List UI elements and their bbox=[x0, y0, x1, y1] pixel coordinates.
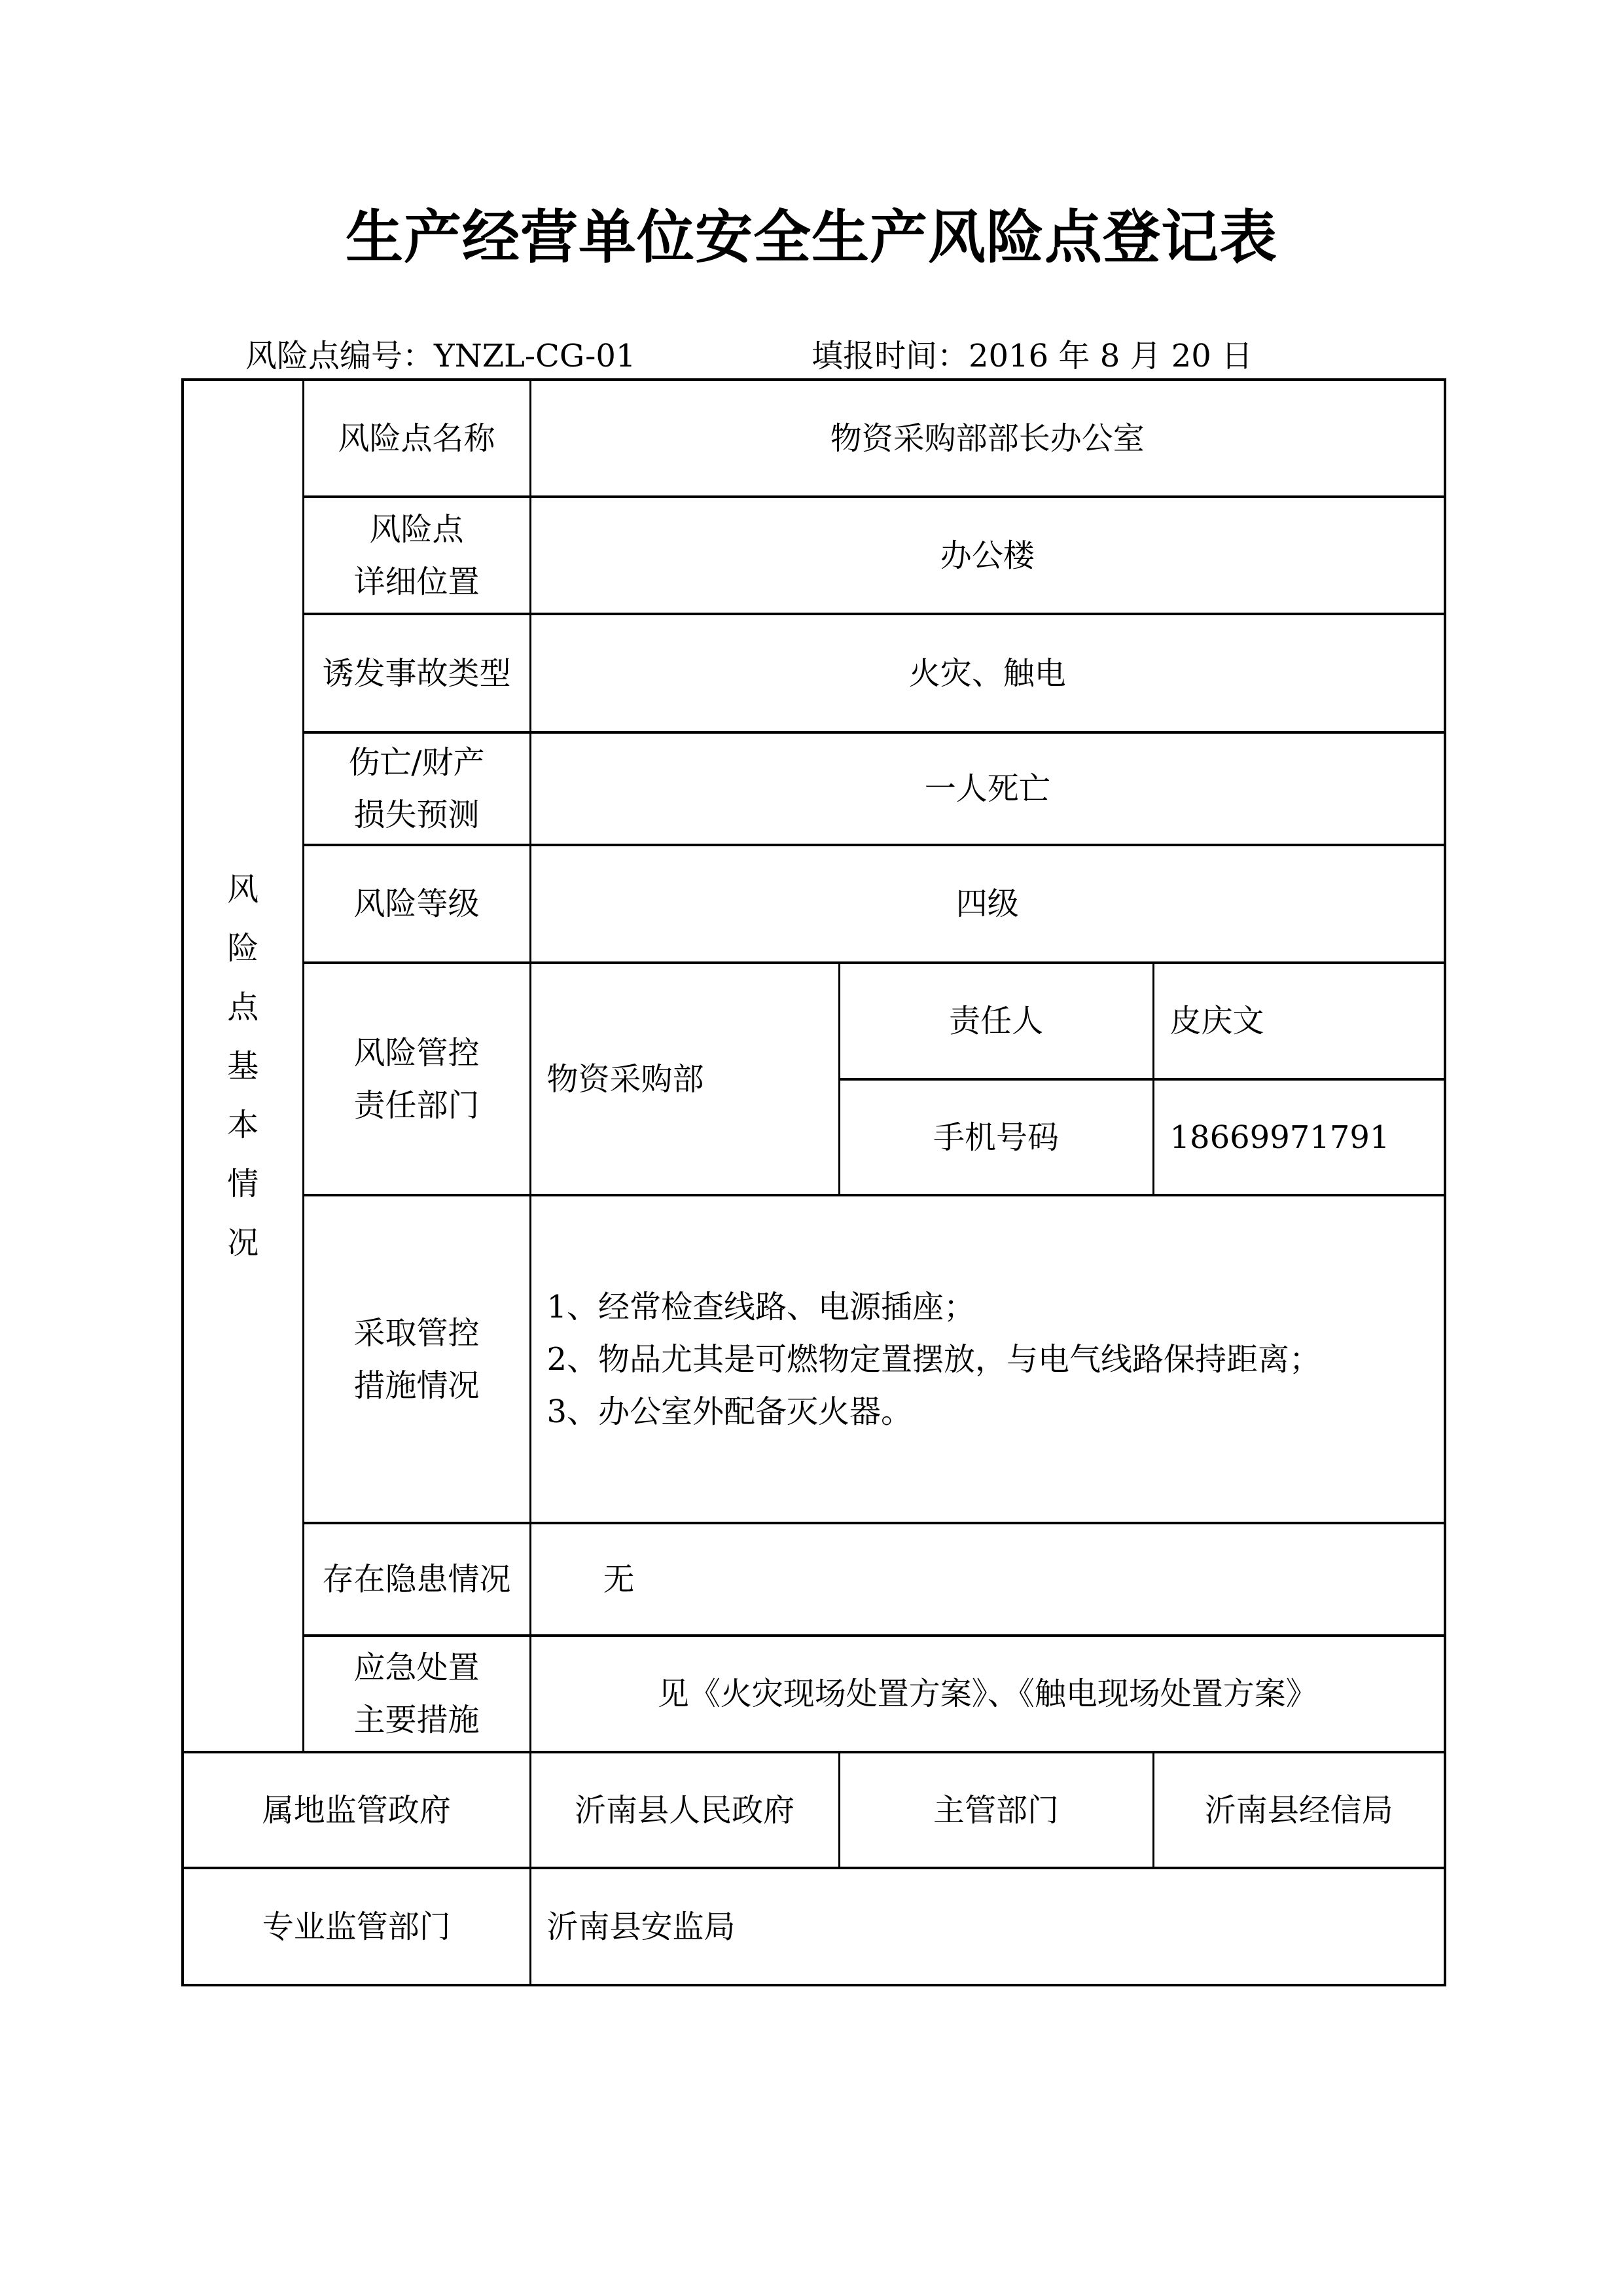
control-dept-value: 物资采购部 bbox=[530, 963, 839, 1195]
row-professional-dept: 专业监管部门 沂南县安监局 bbox=[183, 1868, 1445, 1985]
risk-level-label: 风险等级 bbox=[303, 845, 530, 963]
phone-label: 手机号码 bbox=[839, 1079, 1153, 1195]
row-risk-level: 风险等级 四级 bbox=[183, 845, 1445, 963]
fill-date-value: 2016 年 8 月 20 日 bbox=[969, 338, 1253, 374]
phone-value: 18669971791 bbox=[1153, 1079, 1445, 1195]
row-risk-name: 风险点基本情况 风险点名称 物资采购部部长办公室 bbox=[183, 380, 1445, 497]
supervising-dept-label: 主管部门 bbox=[839, 1752, 1153, 1868]
group-label-vertical-text: 风险点基本情况 bbox=[226, 860, 260, 1272]
group-label-cell: 风险点基本情况 bbox=[183, 380, 303, 1752]
registration-table: 风险点基本情况 风险点名称 物资采购部部长办公室 风险点 详细位置 办公楼 诱发… bbox=[181, 378, 1446, 1986]
responsible-person-value: 皮庆文 bbox=[1153, 963, 1445, 1079]
location-value: 办公楼 bbox=[530, 497, 1445, 614]
risk-level-value: 四级 bbox=[530, 845, 1445, 963]
accident-type-label: 诱发事故类型 bbox=[303, 614, 530, 732]
hazard-value: 无 bbox=[530, 1523, 1445, 1636]
fill-date: 填报时间：2016 年 8 月 20 日 bbox=[811, 339, 1253, 373]
row-control-measures: 采取管控 措施情况 1、经常检查线路、电源插座； 2、物品尤其是可燃物定置摆放，… bbox=[183, 1195, 1445, 1523]
row-location: 风险点 详细位置 办公楼 bbox=[183, 497, 1445, 614]
control-measures-value: 1、经常检查线路、电源插座； 2、物品尤其是可燃物定置摆放，与电气线路保持距离；… bbox=[530, 1195, 1445, 1523]
row-hazard: 存在隐患情况 无 bbox=[183, 1523, 1445, 1636]
hazard-label: 存在隐患情况 bbox=[303, 1523, 530, 1636]
local-gov-value: 沂南县人民政府 bbox=[530, 1752, 839, 1868]
control-dept-label: 风险管控 责任部门 bbox=[303, 963, 530, 1195]
professional-dept-value: 沂南县安监局 bbox=[530, 1868, 1445, 1985]
loss-forecast-value: 一人死亡 bbox=[530, 732, 1445, 845]
responsible-person-label: 责任人 bbox=[839, 963, 1153, 1079]
risk-point-number: 风险点编号：YNZL-CG-01 bbox=[245, 339, 635, 373]
emergency-value: 见《火灾现场处置方案》、《触电现场处置方案》 bbox=[530, 1636, 1445, 1752]
emergency-label: 应急处置 主要措施 bbox=[303, 1636, 530, 1752]
row-emergency: 应急处置 主要措施 见《火灾现场处置方案》、《触电现场处置方案》 bbox=[183, 1636, 1445, 1752]
risk-name-value: 物资采购部部长办公室 bbox=[530, 380, 1445, 497]
fill-date-label: 填报时间： bbox=[811, 338, 969, 374]
risk-name-label: 风险点名称 bbox=[303, 380, 530, 497]
professional-dept-label: 专业监管部门 bbox=[183, 1868, 530, 1985]
local-gov-label: 属地监管政府 bbox=[183, 1752, 530, 1868]
row-local-gov: 属地监管政府 沂南县人民政府 主管部门 沂南县经信局 bbox=[183, 1752, 1445, 1868]
page-title: 生产经营单位安全生产风险点登记表 bbox=[0, 208, 1623, 266]
risk-point-number-value: YNZL-CG-01 bbox=[434, 338, 635, 374]
row-control-dept: 风险管控 责任部门 物资采购部 责任人 皮庆文 bbox=[183, 963, 1445, 1079]
row-accident-type: 诱发事故类型 火灾、触电 bbox=[183, 614, 1445, 732]
row-loss-forecast: 伤亡/财产 损失预测 一人死亡 bbox=[183, 732, 1445, 845]
location-label: 风险点 详细位置 bbox=[303, 497, 530, 614]
supervising-dept-value: 沂南县经信局 bbox=[1153, 1752, 1445, 1868]
control-measures-label: 采取管控 措施情况 bbox=[303, 1195, 530, 1523]
risk-point-number-label: 风险点编号： bbox=[245, 338, 434, 374]
page: 生产经营单位安全生产风险点登记表 风险点编号：YNZL-CG-01 填报时间：2… bbox=[0, 0, 1623, 2296]
loss-forecast-label: 伤亡/财产 损失预测 bbox=[303, 732, 530, 845]
accident-type-value: 火灾、触电 bbox=[530, 614, 1445, 732]
